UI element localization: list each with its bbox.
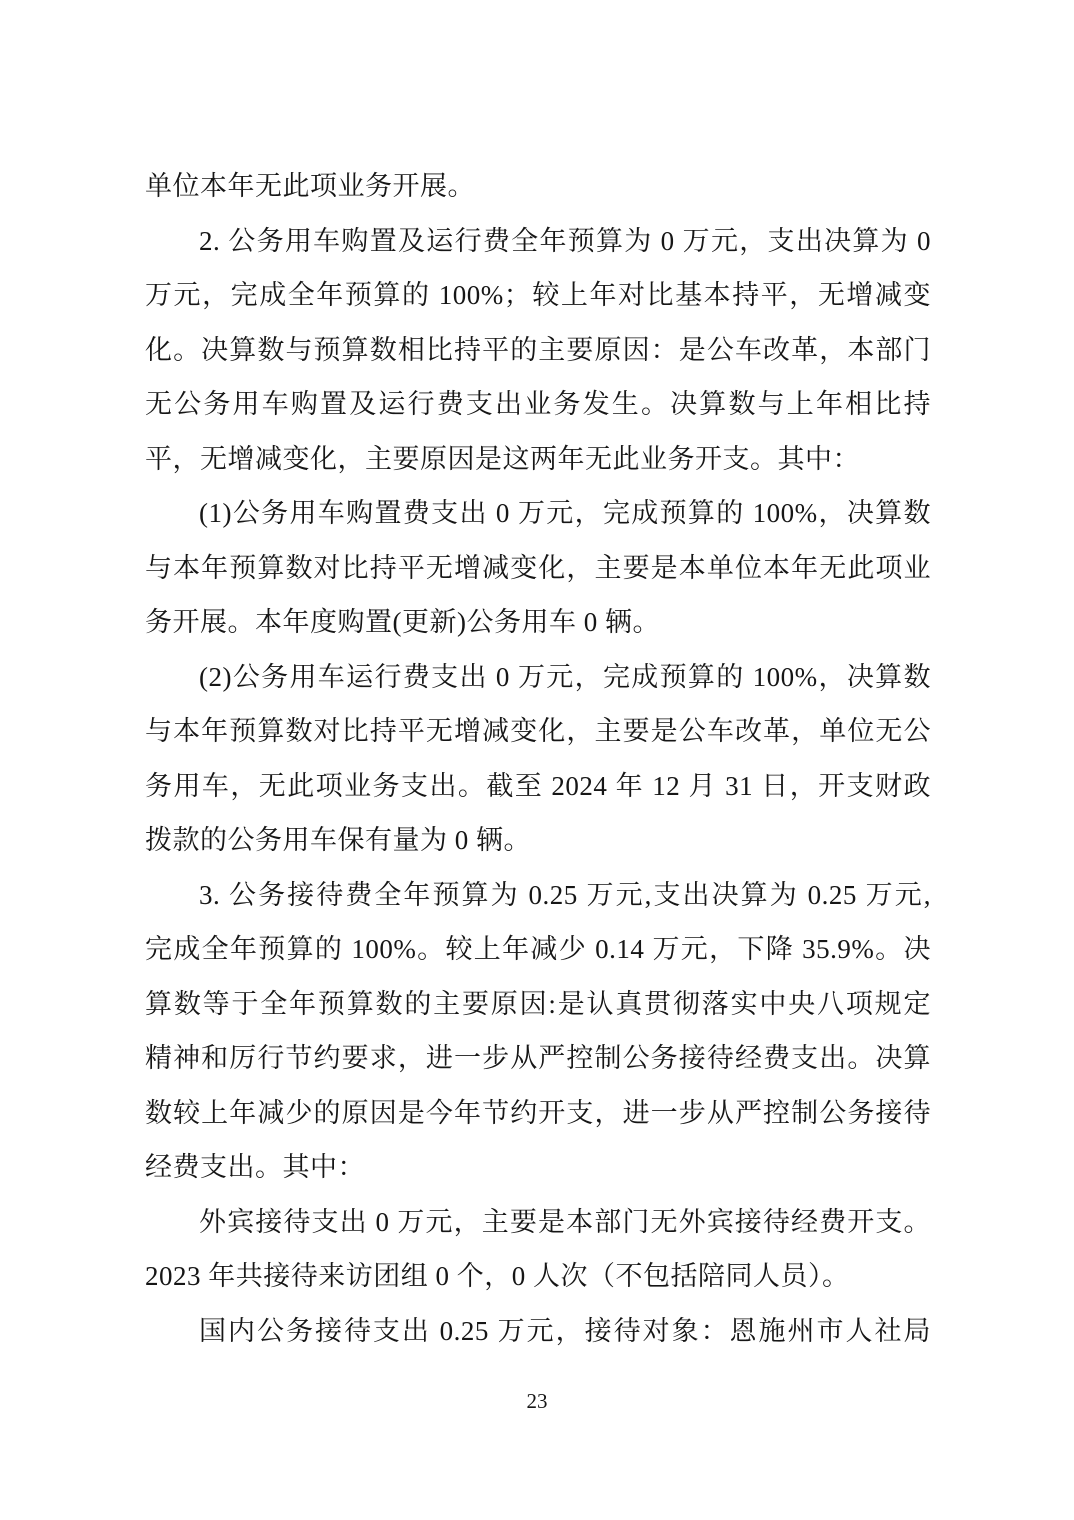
text-line: 万元，完成全年预算的 100%；较上年对比基本持平，无增减变 — [145, 268, 931, 323]
page-number: 23 — [0, 1388, 1074, 1414]
text-line: 化。决算数与预算数相比持平的主要原因：是公车改革，本部门 — [145, 323, 931, 378]
text-line: 数较上年减少的原因是今年节约开支，进一步从严控制公务接待 — [145, 1086, 931, 1141]
text-line: 2. 公务用车购置及运行费全年预算为 0 万元，支出决算为 0 — [145, 214, 931, 269]
document-page: 单位本年无此项业务开展。2. 公务用车购置及运行费全年预算为 0 万元，支出决算… — [0, 0, 1074, 1520]
text-line: 平，无增减变化，主要原因是这两年无此业务开支。其中： — [145, 432, 931, 487]
text-line: 拨款的公务用车保有量为 0 辆。 — [145, 813, 931, 868]
text-line: 与本年预算数对比持平无增减变化，主要是公车改革，单位无公 — [145, 704, 931, 759]
text-line: 精神和厉行节约要求，进一步从严控制公务接待经费支出。决算 — [145, 1031, 931, 1086]
text-line: 无公务用车购置及运行费支出业务发生。决算数与上年相比持 — [145, 377, 931, 432]
text-line: 算数等于全年预算数的主要原因:是认真贯彻落实中央八项规定 — [145, 977, 931, 1032]
text-line: 务开展。本年度购置(更新)公务用车 0 辆。 — [145, 595, 931, 650]
text-line: 完成全年预算的 100%。较上年减少 0.14 万元，下降 35.9%。决 — [145, 922, 931, 977]
text-line: (2)公务用车运行费支出 0 万元，完成预算的 100%，决算数 — [145, 650, 931, 705]
text-line: 单位本年无此项业务开展。 — [145, 159, 931, 214]
text-line: 外宾接待支出 0 万元，主要是本部门无外宾接待经费开支。 — [145, 1195, 931, 1250]
text-line: 经费支出。其中： — [145, 1140, 931, 1195]
text-line: (1)公务用车购置费支出 0 万元，完成预算的 100%，决算数 — [145, 486, 931, 541]
text-line: 务用车，无此项业务支出。截至 2024 年 12 月 31 日，开支财政 — [145, 759, 931, 814]
text-line: 3. 公务接待费全年预算为 0.25 万元,支出决算为 0.25 万元, — [145, 868, 931, 923]
text-line: 2023 年共接待来访团组 0 个，0 人次（不包括陪同人员）。 — [145, 1249, 931, 1304]
text-line: 国内公务接待支出 0.25 万元，接待对象：恩施州市人社局 — [145, 1304, 931, 1359]
text-line: 与本年预算数对比持平无增减变化，主要是本单位本年无此项业 — [145, 541, 931, 596]
body-text: 单位本年无此项业务开展。2. 公务用车购置及运行费全年预算为 0 万元，支出决算… — [145, 159, 931, 1358]
